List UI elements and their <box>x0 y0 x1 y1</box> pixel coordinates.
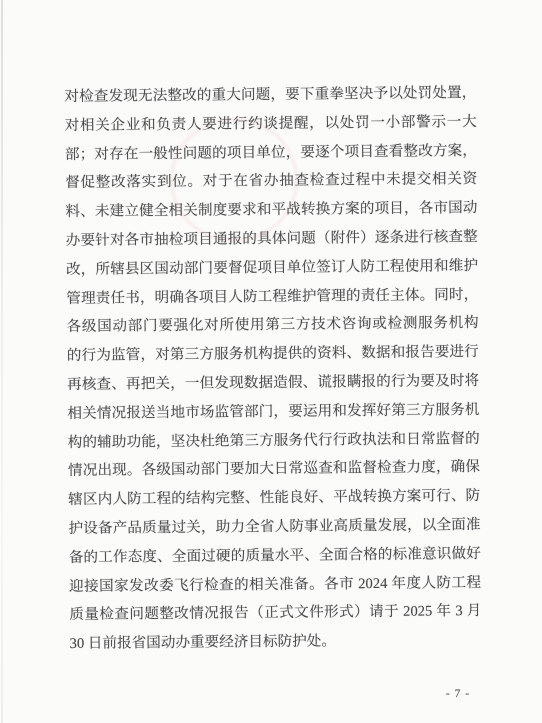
text-line: 30 日前报省国动办重要经济目标防护处。 <box>69 626 481 659</box>
text-line: 管理责任书，明确各项目人防工程维护管理的责任主体。同时， <box>66 281 478 314</box>
text-line: 料、未建立健全相关制度要求和平战转换方案的项目，各市国动 <box>65 194 477 227</box>
page-number: - 7 - <box>427 688 489 700</box>
text-line: 的行为监管，对第三方服务机构提供的资料、数据和报告要进行 <box>67 338 479 371</box>
text-line: 构的辅助功能，坚决杜绝第三方服务代行行政执法和日常监督的 <box>68 425 480 458</box>
text-line: 质量检查问题整改情况报告（正式文件形式）请于 2025 年 3 月 <box>69 597 481 630</box>
text-line: 部；对存在一般性问题的项目单位，要逐个项目查看整改方案， <box>65 137 477 170</box>
text-line: 情况出现。各级国动部门要加大日常巡查和监督检查力度，确保 <box>68 453 480 486</box>
text-line: 备的工作态度、全面过硬的质量水平、全面合格的标准意识做好 <box>69 540 481 573</box>
scan-edge-shadow <box>1 0 3 723</box>
text-line: 再核查、再把关，一但发现数据造假、谎报瞒报的行为要及时将 <box>67 367 479 400</box>
text-line: 改，所辖县区国动部门要督促项目单位签订人防工程使用和维护 <box>66 252 478 285</box>
text-line: 相关情况报送当地市场监管部门，要运用和发挥好第三方服务机 <box>67 396 479 429</box>
body-text: 对检查发现无法整改的重大问题，要下重拳坚决予以处罚处置，对相关企业和负责人要进行… <box>64 79 482 659</box>
text-line: 督促整改落实到位。对于在省办抽查检查过程中未提交相关资 <box>65 165 477 198</box>
text-line: 对检查发现无法整改的重大问题，要下重拳坚决予以处罚处置， <box>64 79 476 112</box>
text-line: 各级国动部门要强化对所使用第三方技术咨询或检测服务机构 <box>66 309 478 342</box>
text-line: 护设备产品质量过关，助力全省人防事业高质量发展，以全面准 <box>68 511 480 544</box>
text-line: 对相关企业和负责人要进行约谈提醒，以处罚一小部警示一大 <box>65 108 477 141</box>
text-line: 迎接国家发改委飞行检查的相关准备。各市 2024 年度人防工程 <box>69 569 481 602</box>
text-line: 辖区内人防工程的结构完整、性能良好、平战转换方案可行、防 <box>68 482 480 515</box>
text-line: 办要针对各市抽检项目通报的具体问题（附件）逐条进行核查整 <box>66 223 478 256</box>
document-page: 对检查发现无法整改的重大问题，要下重拳坚决予以处罚处置，对相关企业和负责人要进行… <box>0 0 542 723</box>
